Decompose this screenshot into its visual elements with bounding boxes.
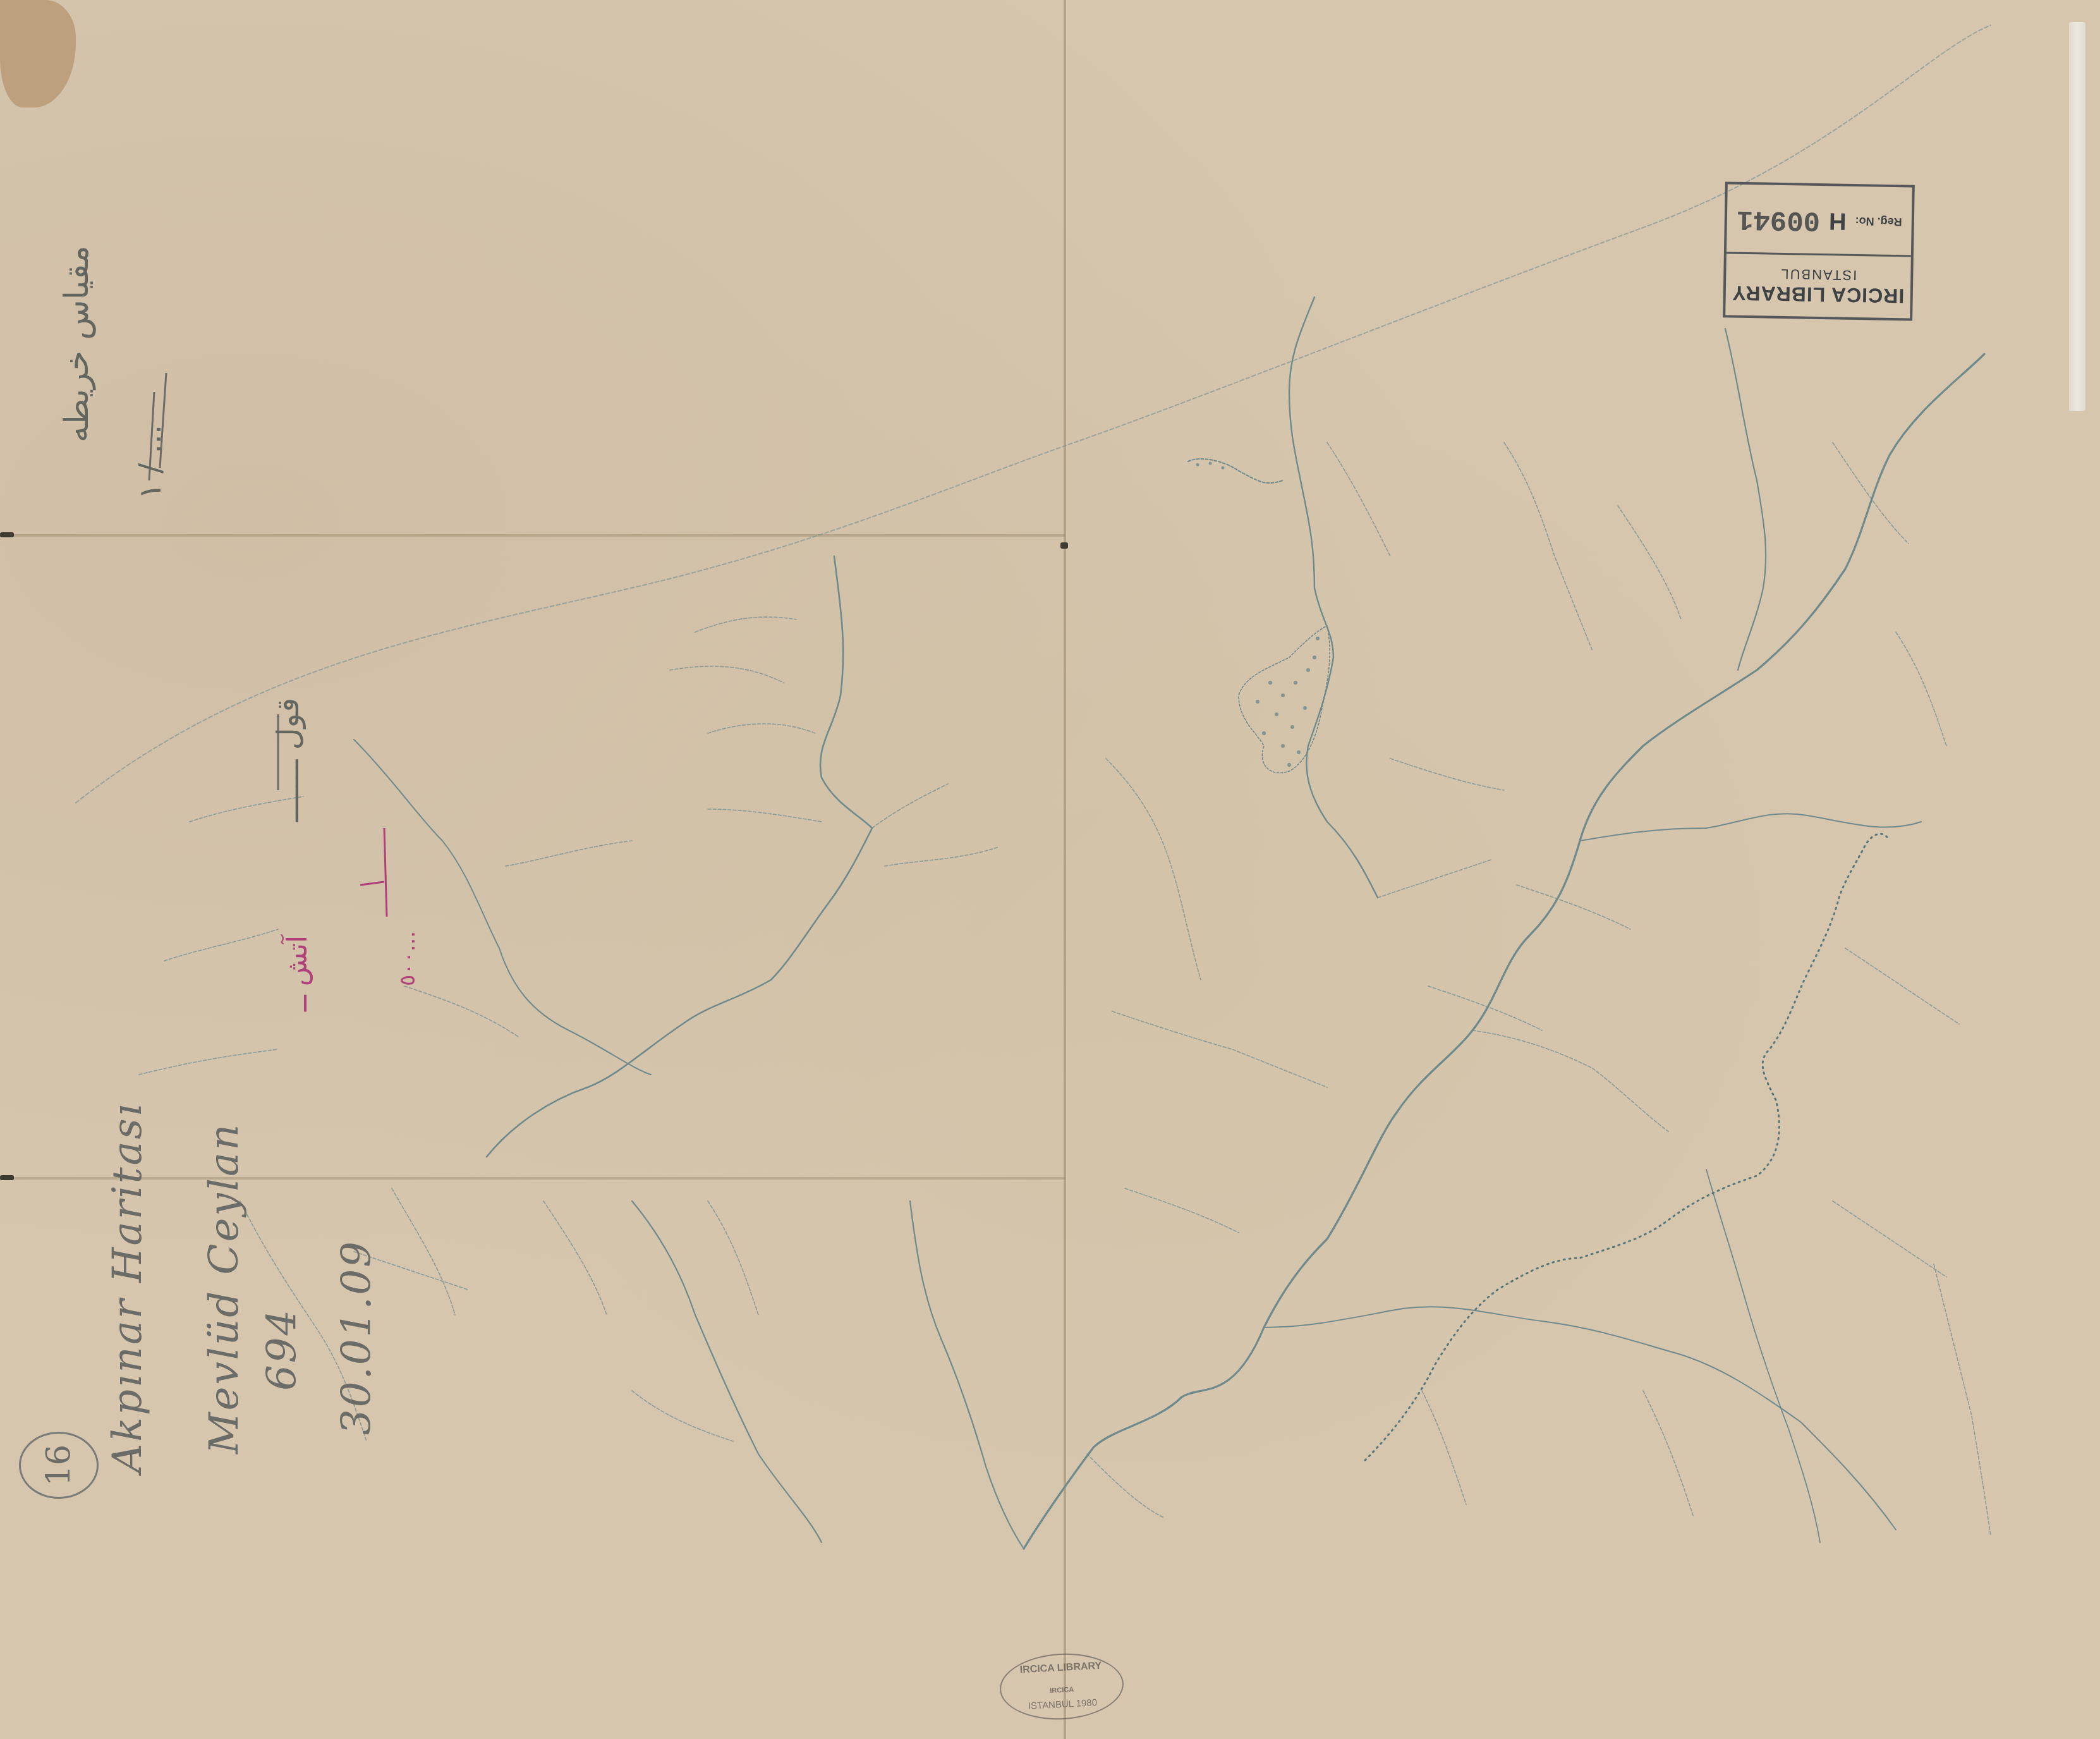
circled-number: 16	[19, 1432, 99, 1499]
pencil-lines	[149, 373, 278, 790]
stream-east	[1580, 814, 1921, 841]
marsh-outline	[1188, 459, 1283, 483]
stream-south	[910, 1201, 1024, 1549]
author-note: Mevlüd Ceylan	[201, 1123, 248, 1454]
ottoman-ink-fraction: ٥٠٠...	[395, 931, 420, 986]
ridge-line	[76, 25, 1991, 803]
registration-stamp: IRCICA LIBRARY ISTANBUL Reg. No: H 00941	[1723, 181, 1915, 320]
main-river	[1024, 354, 1984, 1549]
stream-lower-right	[1706, 1169, 1820, 1542]
stamp-reg-number: 00941	[1737, 203, 1821, 236]
marsh-area	[1239, 626, 1330, 773]
stamp-city: ISTANBUL	[1780, 265, 1857, 283]
ottoman-heading: مقياس خريطه	[58, 245, 96, 442]
oval-stamp-line2: IRCICA	[1001, 1683, 1122, 1697]
stamp-reg-prefix: H	[1829, 207, 1847, 234]
stream-southeast	[1264, 1307, 1896, 1530]
stamp-library-name: IRCICA LIBRARY	[1732, 281, 1905, 308]
ottoman-fraction: ١ / ...	[133, 425, 168, 499]
left-stream	[487, 556, 872, 1157]
ink-lines	[360, 828, 387, 917]
ottoman-scale-note: قول ـــــــ	[270, 698, 306, 822]
stream-southwest	[632, 1201, 822, 1542]
stream-west	[354, 740, 651, 1075]
date-note: 30.01.09	[334, 1240, 380, 1435]
item-number-note: 694	[259, 1308, 306, 1391]
stream-northeast	[1725, 329, 1766, 670]
stream-center-north	[1289, 297, 1378, 898]
marsh-symbols	[1196, 462, 1320, 767]
map-title-note: Akpınar Haritası	[104, 1102, 151, 1473]
ottoman-ink-note: آتش ــ	[281, 936, 313, 1011]
stamp-reg-label: Reg. No:	[1855, 214, 1902, 228]
map-sheet: مقياس خريطه ١ / ... قول ـــــــ آتش ــ ٥…	[0, 0, 2100, 1739]
